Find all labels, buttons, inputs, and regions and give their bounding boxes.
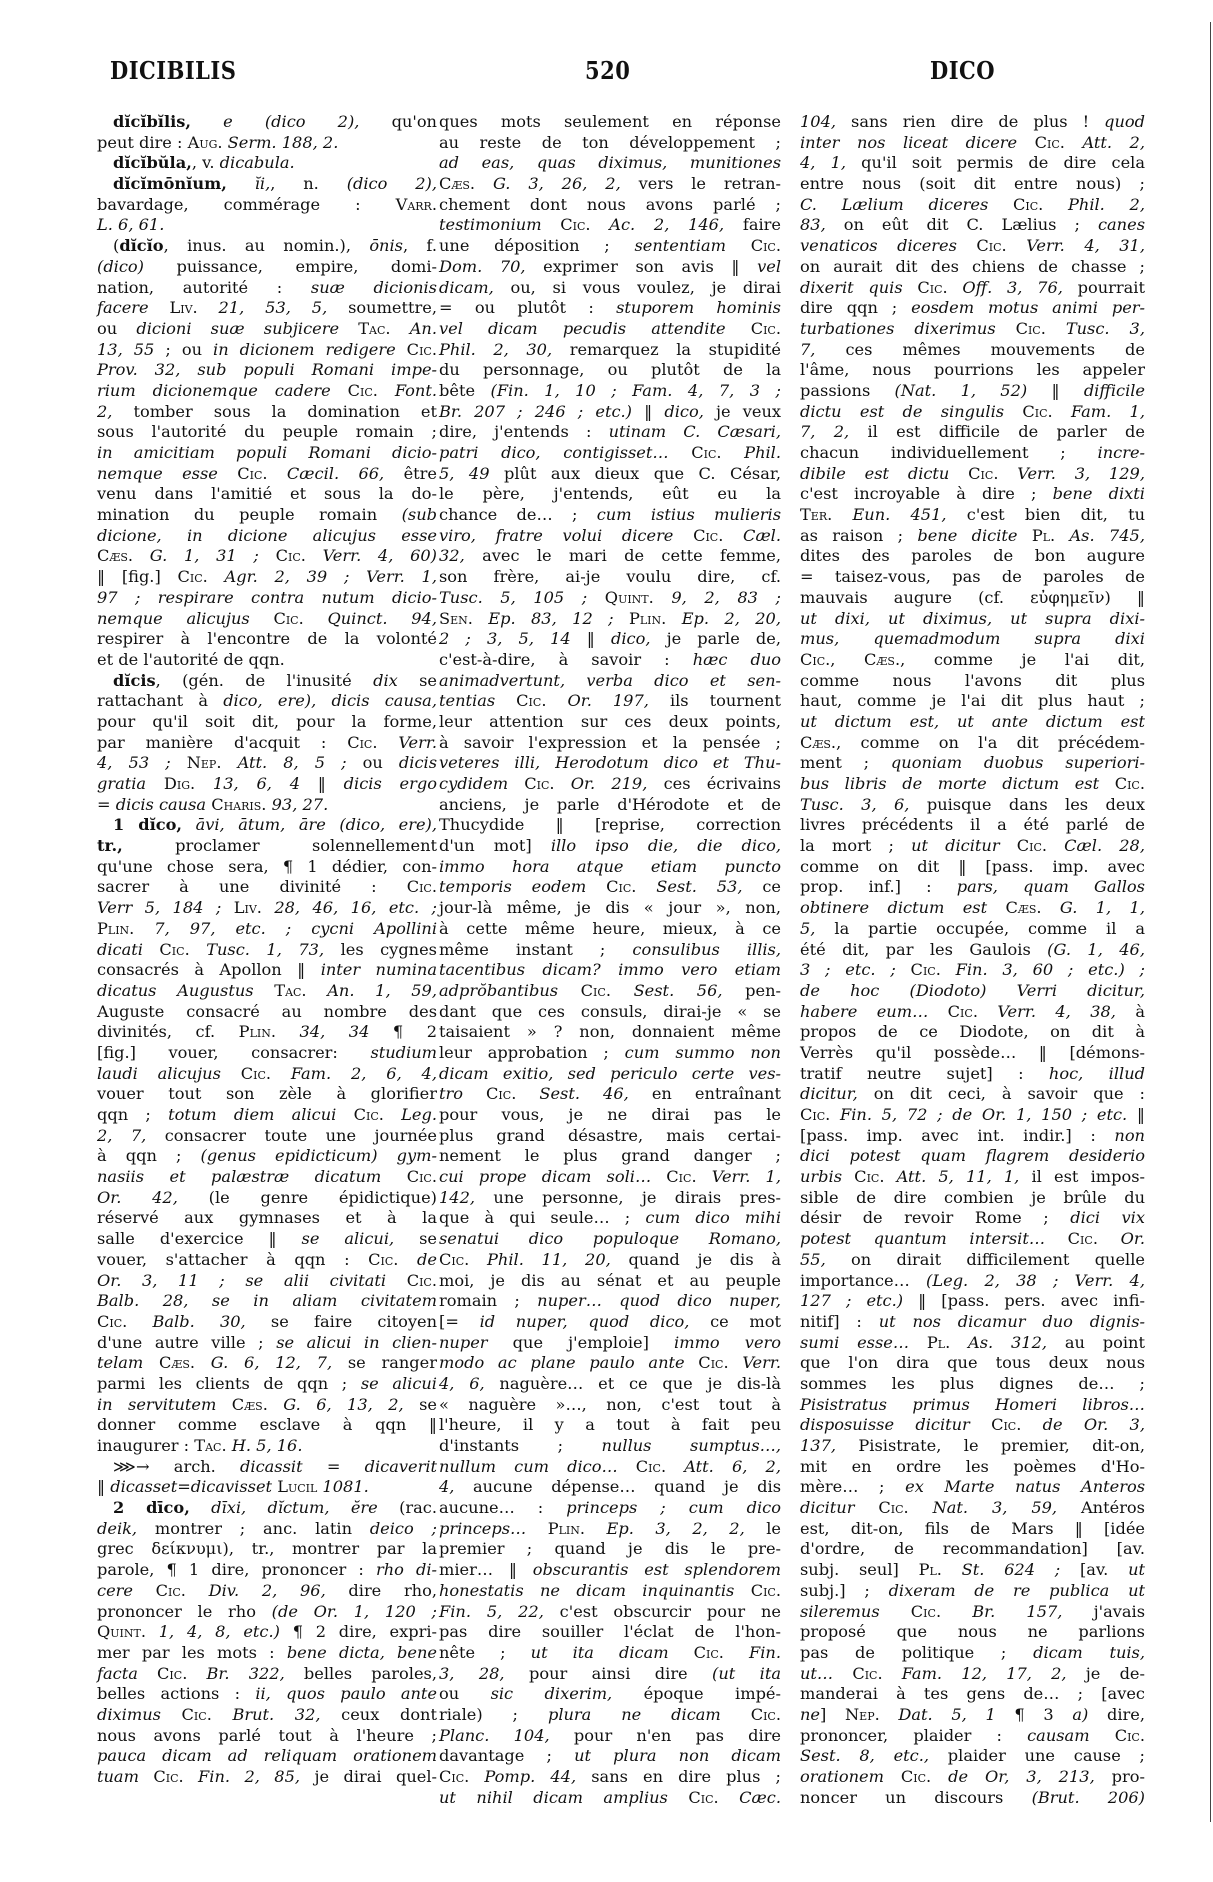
definition-text: qu'une chose sera, ¶ 1 dédier, con- [97,857,437,876]
latin-citation: sileremus [800,1602,880,1621]
latin-citation: (G. 1, 46, [1047,940,1145,959]
latin-citation: Pomp. 44, [469,1767,576,1786]
text-line: nitif] : ut nos dicamur duo dignis- [800,1312,1145,1333]
author-abbrev: Cic. [259,546,306,565]
latin-citation: princeps… [439,1519,526,1538]
latin-citation: de [398,1250,437,1269]
definition-text: proclamer solennellement [123,836,437,855]
latin-citation: dicatus Augustus [97,981,254,1000]
latin-citation: suæ dicionis [311,278,437,297]
latin-citation: 2, 7, [97,1126,146,1145]
latin-citation: ut plura non dicam [574,1746,781,1765]
definition-text: (rac. [378,1498,437,1517]
definition-text: belles actions : [97,1684,255,1703]
definition-text: davantage ; [439,1746,574,1765]
text-line: vouer, s'attacher à qqn : Cic. de [97,1250,437,1271]
latin-citation: nasiis et palæstræ dicatum [97,1167,381,1186]
latin-citation: (Nat. 1, 52) [895,381,1028,400]
definition-text: leur approbation ; [439,1043,625,1062]
text-line: mit en ordre les poèmes d'Ho- [800,1457,1145,1478]
text-line: propos de ce Diodote, on dit à [800,1022,1145,1043]
text-line: proposé que nous ne parlions [800,1622,1145,1643]
text-line: (dĭcĭo, inus. au nomin.), ōnis, f. [97,236,437,257]
definition-text: passions [800,381,895,400]
latin-citation: Tusc. 3, 6, [800,795,909,814]
text-line: peut dire : Aug. Serm. 188, 2. [97,133,437,154]
latin-citation: Off. 3, 76, [948,278,1063,297]
latin-citation: id nuper, quod dico, [480,1312,690,1331]
text-line: deik, montrer ; anc. latin deico ; [97,1519,437,1540]
text-line: sous l'autorité du peuple romain ; [97,422,437,443]
text-line: 2 dīco, dīxi, dĭctum, ĕre (rac. [97,1498,437,1519]
latin-citation: in servitutem [97,1395,216,1414]
definition-text: ou, si vous voulez, je dirai [494,278,781,297]
latin-citation: vel [757,257,781,276]
text-line: 4, aucune dépense… quand je dis [439,1477,781,1498]
definition-text: vouer, s'attacher à qqn : [97,1250,368,1269]
latin-citation: Cæl. 28, [1047,836,1145,855]
text-line: 2, 7, consacrer toute une journée [97,1126,437,1147]
latin-citation: obscurantis est splendorem [533,1560,781,1579]
text-line: 5, 49 plût aux dieux que C. César, [439,464,781,485]
definition-text: ils tournent [649,691,781,710]
text-line: Ter. Eun. 451, c'est bien dit, tu [800,505,1145,526]
text-line: désir de revoir Rome ; dici vix [800,1208,1145,1229]
definition-text: sans rien dire de plus ! [836,112,1104,131]
author-abbrev: Cic. [407,877,437,896]
latin-citation: dicassit = dicaverit [240,1457,437,1476]
definition-text: désir de revoir Rome ; [800,1208,1070,1227]
latin-citation: facta [97,1664,138,1683]
latin-citation: dicam exitio, sed periculo certe ves- [439,1064,781,1083]
definition-text: pourrait [1063,278,1145,297]
definition-text: ce [743,877,782,896]
text-line: à savoir l'expression et la pensée ; [439,733,781,754]
text-line: tuam Cic. Fin. 2, 85, je dirai quel- [97,1767,437,1788]
definition-text: belles paroles, [285,1664,437,1683]
definition-text: subj. seul] [800,1560,919,1579]
definition-text: pas dire souiller l'éclat de l'hon- [439,1622,781,1641]
latin-citation: Att. 6, 2, [666,1457,781,1476]
latin-citation: temporis eodem [439,877,586,896]
latin-citation: turbationes dixerimus [800,319,996,338]
text-line: dicitur, on dit ceci, à savoir que : [800,1084,1145,1105]
text-line: Tusc. 3, 6, puisque dans les deux [800,795,1145,816]
text-line: Planc. 104, pour n'en pas dire [439,1726,781,1747]
latin-citation: cum dico mihi [645,1208,781,1227]
text-line: romain ; nuper… quod dico nuper, [439,1291,781,1312]
text-line: Phil. 2, 30, remarquez la stupidité [439,340,781,361]
definition-text: vouer tout son zèle à glorifier [97,1084,437,1103]
definition-text: riale) ; [439,1705,548,1724]
text-line: dicione, in dicione alicujus esse [97,526,437,547]
definition-text: grec δείκνυμι), tr., montrer par la [97,1539,437,1558]
author-abbrev: Cic. [439,1767,469,1786]
definition-text: haut, comme je l'ai dit plus haut ; [800,691,1145,710]
latin-citation: Eun. 451, [832,505,946,524]
latin-citation: Or. 219, [555,774,648,793]
text-line: bête (Fin. 1, 10 ; Fam. 4, 7, 3 ; [439,381,781,402]
latin-citation: G. 1, 31 ; [133,546,259,565]
latin-citation: quoniam duobus superiori- [891,753,1145,772]
definition-text: mier… ‖ [439,1560,533,1579]
latin-citation: nullus sumptus…, [602,1436,781,1455]
author-abbrev: Cic. [726,236,781,255]
latin-citation: dicati [97,940,143,959]
definition-text: anciens, je parle d'Hérodote et de [439,795,781,814]
text-line: Cæs. G. 3, 26, 2, vers le retran- [439,174,781,195]
latin-citation: de hoc (Diodoto) Verri dicitur, [800,981,1145,1000]
definition-text: il est difficile de parler de [849,422,1145,441]
latin-citation: dici vix [1070,1208,1145,1227]
definition-text: j'avais [1062,1602,1145,1621]
definition-text: montrer ; anc. latin [137,1519,370,1538]
text-line: inter nos liceat dicere Cic. Att. 2, [800,133,1145,154]
latin-citation: vel dicam pecudis attendite [439,319,726,338]
definition-text: ce mot [689,1312,781,1331]
text-line: tratif neutre sujet] : hoc, illud [800,1064,1145,1085]
latin-citation: immo hora atque etiam puncto [439,857,781,876]
definition-text: plût aux dieux que C. César, [490,464,781,483]
latin-citation: facere [97,298,149,317]
definition-text: mit en ordre les poèmes d'Ho- [800,1457,1145,1476]
definition-text: quand je dis à [611,1250,781,1269]
definition-text: chacun individuellement ; [800,443,1098,462]
latin-citation: 97 ; respirare contra nutum dicio- [97,588,437,607]
definition-text: bavardage, commérage : [97,195,396,214]
author-abbrev: Cic. [396,340,437,359]
latin-citation: Fin. [724,1643,781,1662]
definition-text: salle d'exercice ‖ [97,1229,302,1248]
text-line: mauvais augure (cf. εὐφημεῖν) ‖ [800,588,1145,609]
latin-citation: e (dico 2), [191,112,359,131]
text-line: 3 ; etc. ; Cic. Fin. 3, 60 ; etc.) ; [800,960,1145,981]
definition-text: naguère… et ce que je dis-là [485,1374,781,1393]
text-line: entre nous (soit dit entre nous) ; [800,174,1145,195]
text-line: in servitutem Cæs. G. 6, 13, 2, se [97,1395,437,1416]
text-line: prop. inf.] : pars, quam Gallos [800,877,1145,898]
definition-text: se [398,671,437,690]
column-1: dĭcĭbĭlis, e (dico 2), qu'onpeut dire : … [97,112,437,1788]
author-abbrev: Cic. [161,1705,212,1724]
latin-citation: 13, 55 [97,340,154,359]
definition-text: propos de ce Diodote, on dit à [800,1022,1145,1041]
text-line: venu dans l'amitié et sous la do- [97,484,437,505]
definition-text: nation, autorité : [97,278,311,297]
definition-text: ‖ [1127,1105,1145,1124]
latin-citation: dico, [611,629,651,648]
latin-citation: Ac. 2, 146, [591,215,725,234]
latin-citation: orationem [800,1767,884,1786]
latin-citation: in dicionem redigere [213,340,396,359]
latin-citation: ōnis [369,236,403,255]
text-line: mier… ‖ obscurantis est splendorem [439,1560,781,1581]
latin-citation: sic dixerim, [491,1684,613,1703]
definition-text: être [384,464,437,483]
definition-text: Antéros [1057,1498,1145,1517]
text-line: 5, la partie occupée, comme il a [800,919,1145,940]
definition-text: même instant ; [439,940,632,959]
text-line: mer par les mots : bene dicta, bene [97,1643,437,1664]
author-abbrev: Tac. [339,319,390,338]
latin-citation: venaticos diceres [800,236,957,255]
definition-text: qu'on [359,112,437,131]
text-line: cydidem Cic. Or. 219, ces écrivains [439,774,781,795]
latin-citation: causam [1027,1726,1089,1745]
definition-text: pour qu'il soit dit, pour la forme, [97,712,437,731]
text-line: une déposition ; sententiam Cic. [439,236,781,257]
text-line: taisaient » ? non, donnaient même [439,1022,781,1043]
text-line: pour vous, je ne dirai pas le [439,1105,781,1126]
text-line: Pisistratus primus Homeri libros… [800,1395,1145,1416]
definition-text: , inus. au nomin.), [164,236,370,255]
text-line: pas de politique ; dicam tuis, [800,1643,1145,1664]
latin-citation: 32, [439,546,465,565]
definition-text: manderai à tes gens de… ; [avec [800,1684,1145,1703]
definition-text: mère… ; [800,1477,905,1496]
author-abbrev: Sen. [439,609,473,628]
latin-citation: 1, 4, 8, etc.) [146,1622,280,1641]
text-line: turbationes dixerimus Cic. Tusc. 3, [800,319,1145,340]
text-line: facta Cic. Br. 322, belles paroles, [97,1664,437,1685]
definition-text: , n. [270,174,346,193]
definition-text: du personnage, ou plutôt de la [439,360,781,379]
latin-citation: adprŏbantibus [439,981,558,1000]
latin-citation: 1081. [317,1477,369,1496]
author-abbrev: Cæs., [800,733,841,752]
definition-text: peut dire : [97,133,188,152]
author-abbrev: Cic. [218,464,268,483]
latin-citation: 4, 1, [800,153,846,172]
definition-text: en entraînant [629,1084,781,1103]
text-line: nement le plus grand danger ; [439,1146,781,1167]
author-abbrev: Cic. [495,691,546,710]
latin-citation: 2, [97,402,112,421]
text-line: d'un mot] illo ipso die, die dico, [439,836,781,857]
definition-text: ces mêmes mouvements de [815,340,1145,359]
text-line: testimonium Cic. Ac. 2, 146, faire [439,215,781,236]
latin-citation: 142, [439,1188,475,1207]
text-line: moi, je dis au sénat et au peuple [439,1271,781,1292]
latin-citation: senatui dico populoque Romano, [439,1229,781,1248]
definition-text: dire rho, [326,1581,437,1600]
latin-citation: ne [800,1705,820,1724]
latin-citation: deico ; [370,1519,437,1538]
latin-citation: 7, 2, [800,422,849,441]
latin-citation: Balb. 30, [127,1312,245,1331]
latin-citation: cum summo non [625,1043,781,1062]
author-abbrev: Cic. [386,1271,437,1290]
definition-text: importance… [800,1271,926,1290]
author-abbrev: Cic. [673,526,723,545]
latin-citation: dicam tuis, [1033,1643,1145,1662]
text-line: rium dicionemque cadere Cic. Font. [97,381,437,402]
definition-text: subj.] ; [800,1581,889,1600]
latin-citation: canes [1098,215,1145,234]
latin-citation: rho di- [376,1560,437,1579]
latin-citation: plura ne dicam [548,1705,721,1724]
definition-text: « naguère »…, non, c'est tout à [439,1395,781,1414]
latin-citation: (Brut. 206) [1032,1788,1145,1807]
text-line: dĭcĭbĭlis, e (dico 2), qu'on [97,112,437,133]
author-abbrev: Cic. [721,1705,781,1724]
text-line: chacun individuellement ; incre- [800,443,1145,464]
latin-citation: (Leg. 2, 38 ; Verr. 4, [926,1271,1145,1290]
definition-text: au point [1047,1333,1145,1352]
latin-citation: Phil. 2, [1043,195,1145,214]
text-line: passions (Nat. 1, 52) ‖ difficile [800,381,1145,402]
text-line: et de l'autorité de qqn. [97,650,437,671]
definition-text: [= [439,1312,480,1331]
text-line: livres précédents il a été parlé de [800,815,1145,836]
definition-text: ces écrivains [647,774,781,793]
latin-citation: tentias [439,691,495,710]
latin-citation: princeps ; cum dico [566,1498,781,1517]
latin-citation: dicasset=dicavisset [110,1477,272,1496]
text-line: dibile est dictu Cic. Verr. 3, 129, [800,464,1145,485]
author-abbrev: Cic. [97,1312,127,1331]
latin-citation: Att. 2, [1065,133,1145,152]
author-abbrev: Cic. [1090,1726,1145,1745]
definition-text: donner comme esclave à qqn ‖ [97,1415,437,1434]
text-line: dicam, ou, si vous voulez, je dirai [439,278,781,299]
text-line: nullum cum dico… Cic. Att. 6, 2, [439,1457,781,1478]
latin-citation: dicioni suæ subjicere [136,319,339,338]
text-line: temporis eodem Cic. Sest. 53, ce [439,877,781,898]
headword: dĭcĭmōnĭum, [113,174,227,193]
definition-text: époque impé- [612,1684,781,1703]
definition-text: premier ; quand je dis le pre- [439,1539,781,1558]
author-abbrev: Nep. [845,1705,880,1724]
latin-citation: bene dixti [1053,484,1145,503]
latin-citation: 7, 97, etc. ; cycni Apollini [134,919,437,938]
definition-text: soumettre, [327,298,437,317]
latin-citation: 137, [800,1436,836,1455]
author-abbrev: Cic. [439,1250,469,1269]
definition-text: comme on dit ‖ [pass. imp. avec [800,857,1145,876]
latin-citation: G. 6, 13, 2, [268,1395,404,1414]
headword: tr., [97,836,123,855]
author-abbrev: Cic. [1099,774,1145,793]
definition-text: ⋙→ arch. [113,1457,240,1476]
latin-citation: dici potest quam flagrem desiderio [800,1146,1145,1165]
text-line: subj.] ; dixeram de re publica ut [800,1581,1145,1602]
text-line: Cic., Cæs., comme je l'ai dit, [800,650,1145,671]
latin-citation: Sest. 56, [611,981,723,1000]
author-abbrev: Cæs. [987,898,1041,917]
latin-citation: 28, 46, 16, etc. ; [262,898,437,917]
definition-text: livres précédents il a été parlé de [800,815,1145,834]
latin-citation: Prov. 32, sub populi Romani impe- [97,360,437,379]
latin-citation: cere [97,1581,133,1600]
definition-text: ; ou [154,340,213,359]
latin-citation: dictu est de singulis [800,402,1004,421]
latin-citation: (Fin. 1, 10 ; Fam. 4, 7, 3 ; [491,381,781,400]
latin-citation: dicabula. [220,153,295,172]
definition-text: à [1116,1002,1145,1021]
latin-citation: modo ac plane paulo ante [439,1353,685,1372]
text-line: 1 dĭco, āvi, ātum, āre (dico, ere), [97,815,437,836]
definition-text: le [745,1519,781,1538]
latin-citation: telam [97,1353,143,1372]
latin-citation: nullum cum dico… [439,1457,618,1476]
text-line: salle d'exercice ‖ se alicui, se [97,1229,437,1250]
text-line: d'instants ; nullus sumptus…, [439,1436,781,1457]
definition-text: aucune dépense… quand je dis [454,1477,781,1496]
text-line: riale) ; plura ne dicam Cic. [439,1705,781,1726]
definition-text: , v. [192,153,220,172]
definition-text: il est impos- [1019,1167,1145,1186]
definition-text: comme on l'a dit précédem- [841,733,1145,752]
text-line: vel dicam pecudis attendite Cic. [439,319,781,340]
latin-citation: 34, 34 [276,1022,369,1041]
latin-citation: Leg. [384,1105,437,1124]
text-line: [fig.] vouer, consacrer: studium [97,1043,437,1064]
text-line: mère… ; ex Marte natus Anteros [800,1477,1145,1498]
author-abbrev: Cic. [586,877,636,896]
author-abbrev: Quint. [587,588,654,607]
text-line: [= id nuper, quod dico, ce mot [439,1312,781,1333]
definition-text: as raison ; [800,526,917,545]
latin-citation: (dico 2), [347,174,437,193]
definition-text: chance de… ; [439,505,597,524]
definition-text: Pisistrate, le premier, dit-on, [836,1436,1145,1455]
definition-text: l'heure, il y a tout à fait peu [439,1415,781,1434]
author-abbrev: Cic. [854,1498,908,1517]
latin-citation: Pisistratus primus Homeri libros… [800,1395,1145,1414]
text-line: chement dont nous avons parlé ; [439,195,781,216]
definition-text: plus grand désastre, mais certai- [439,1126,781,1145]
author-abbrev: Pl. [1018,526,1056,545]
text-line: à qqn ; (genus epidicticum) gym- [97,1146,437,1167]
latin-citation: dicis causa [116,795,206,814]
latin-citation: sumi esse… [800,1333,909,1352]
latin-citation: dicis [399,753,437,772]
text-line: 137, Pisistrate, le premier, dit-on, [800,1436,1145,1457]
definition-text: respirer à l'encontre de la volonté [97,629,437,648]
author-abbrev: Nep. [171,753,222,772]
latin-citation: As. 745, [1055,526,1145,545]
headword: dĭcĭo [119,236,163,255]
text-line: dire qqn ; eosdem motus animi per- [800,298,1145,319]
latin-citation: ut nihil dicam amplius [439,1788,668,1807]
latin-citation: Br. 322, [187,1664,284,1683]
text-line: le père, j'entends, eût eu la [439,484,781,505]
text-line: prononcer le rho (de Or. 1, 120 ; [97,1602,437,1623]
latin-citation: dibile est dictu [800,464,949,483]
definition-text: l'âme, nous pourrions les appeler [800,360,1145,379]
author-abbrev: Cic. [988,195,1043,214]
definition-text: romain ; [439,1291,537,1310]
author-abbrev: Cic. [331,381,378,400]
latin-citation: Sest. 8, etc., [800,1746,929,1765]
text-line: Auguste consacré au nombre des [97,1002,437,1023]
text-line: été dit, par les Gaulois (G. 1, 46, [800,940,1145,961]
latin-citation: G. 1, 1, [1042,898,1145,917]
latin-citation: ut [1128,1560,1145,1579]
text-line: Verr 5, 184 ; Liv. 28, 46, 16, etc. ; [97,898,437,919]
latin-citation: Brut. 32, [212,1705,321,1724]
definition-text: taisaient » ? non, donnaient même [439,1022,781,1041]
text-line: modo ac plane paulo ante Cic. Verr. [439,1353,781,1374]
author-abbrev: Cæs. [97,546,133,565]
text-line: = taisez-vous, pas de paroles de [800,567,1145,588]
author-abbrev: Quint. [97,1622,146,1641]
text-line: 2, tomber sous la domination et [97,402,437,423]
text-line: bus libris de morte dictum est Cic. [800,774,1145,795]
definition-text: nous avons parlé tout à l'heure ; [97,1726,437,1745]
definition-text: pour ainsi dire [505,1664,712,1683]
